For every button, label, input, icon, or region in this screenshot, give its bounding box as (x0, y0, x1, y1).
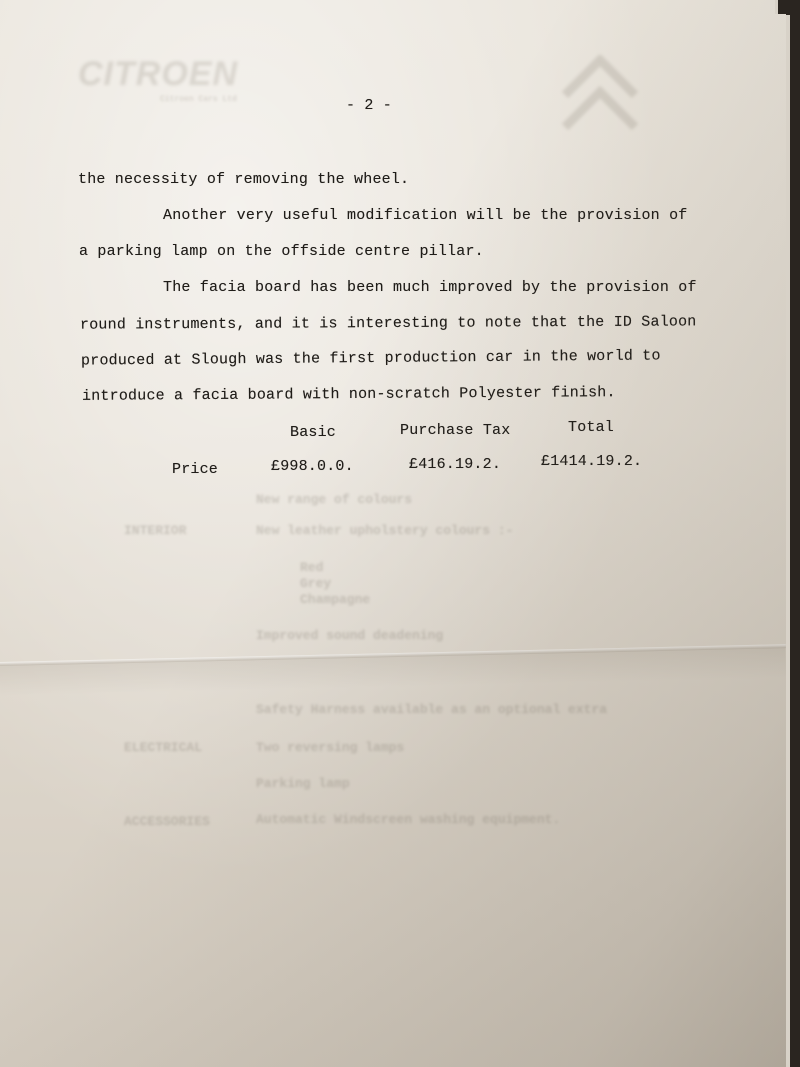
price-tax-value: £416.19.2. (409, 456, 501, 473)
paragraph-line: Another very useful modification will be… (163, 207, 687, 224)
ghost-label: INTERIOR (124, 523, 186, 538)
ghost-line: Grey (300, 576, 331, 591)
price-header-purchase-tax: Purchase Tax (400, 422, 510, 439)
ghost-line: New leather upholstery colours :- (256, 523, 513, 538)
ghost-line: Two reversing lamps (256, 740, 404, 755)
paragraph-line: introduce a facia board with non-scratch… (82, 384, 616, 405)
price-header-basic: Basic (290, 424, 336, 441)
price-total-value: £1414.19.2. (541, 453, 642, 470)
ghost-line: New range of colours (256, 492, 412, 507)
paragraph-line: round instruments, and it is interesting… (80, 313, 697, 333)
document-page: CITROEN Citroen Cars Ltd New range of co… (0, 0, 786, 1067)
paragraph-line: produced at Slough was the first product… (81, 347, 661, 369)
ghost-line: Improved sound deadening (256, 628, 443, 643)
ghost-line: Safety Harness available as an optional … (256, 702, 607, 717)
ghost-line: Red (300, 560, 323, 575)
ghost-label: ELECTRICAL (124, 740, 202, 755)
ghost-line: Champagne (300, 592, 370, 607)
price-basic-value: £998.0.0. (271, 458, 354, 475)
paragraph-line: the necessity of removing the wheel. (78, 171, 409, 188)
price-row-label: Price (172, 461, 218, 478)
ghost-logo: CITROEN (78, 55, 238, 94)
paragraph-line: a parking lamp on the offside centre pil… (79, 243, 484, 260)
ghost-logo-subtitle: Citroen Cars Ltd (160, 95, 237, 104)
chevron-logo-icon (560, 55, 640, 135)
paragraph-line: The facia board has been much improved b… (163, 279, 697, 296)
page-number: - 2 - (346, 97, 392, 114)
ghost-line: Automatic Windscreen washing equipment. (256, 812, 560, 827)
ghost-line: Parking lamp (256, 776, 350, 791)
ghost-label: ACCESSORIES (124, 814, 210, 829)
price-header-total: Total (568, 419, 614, 436)
